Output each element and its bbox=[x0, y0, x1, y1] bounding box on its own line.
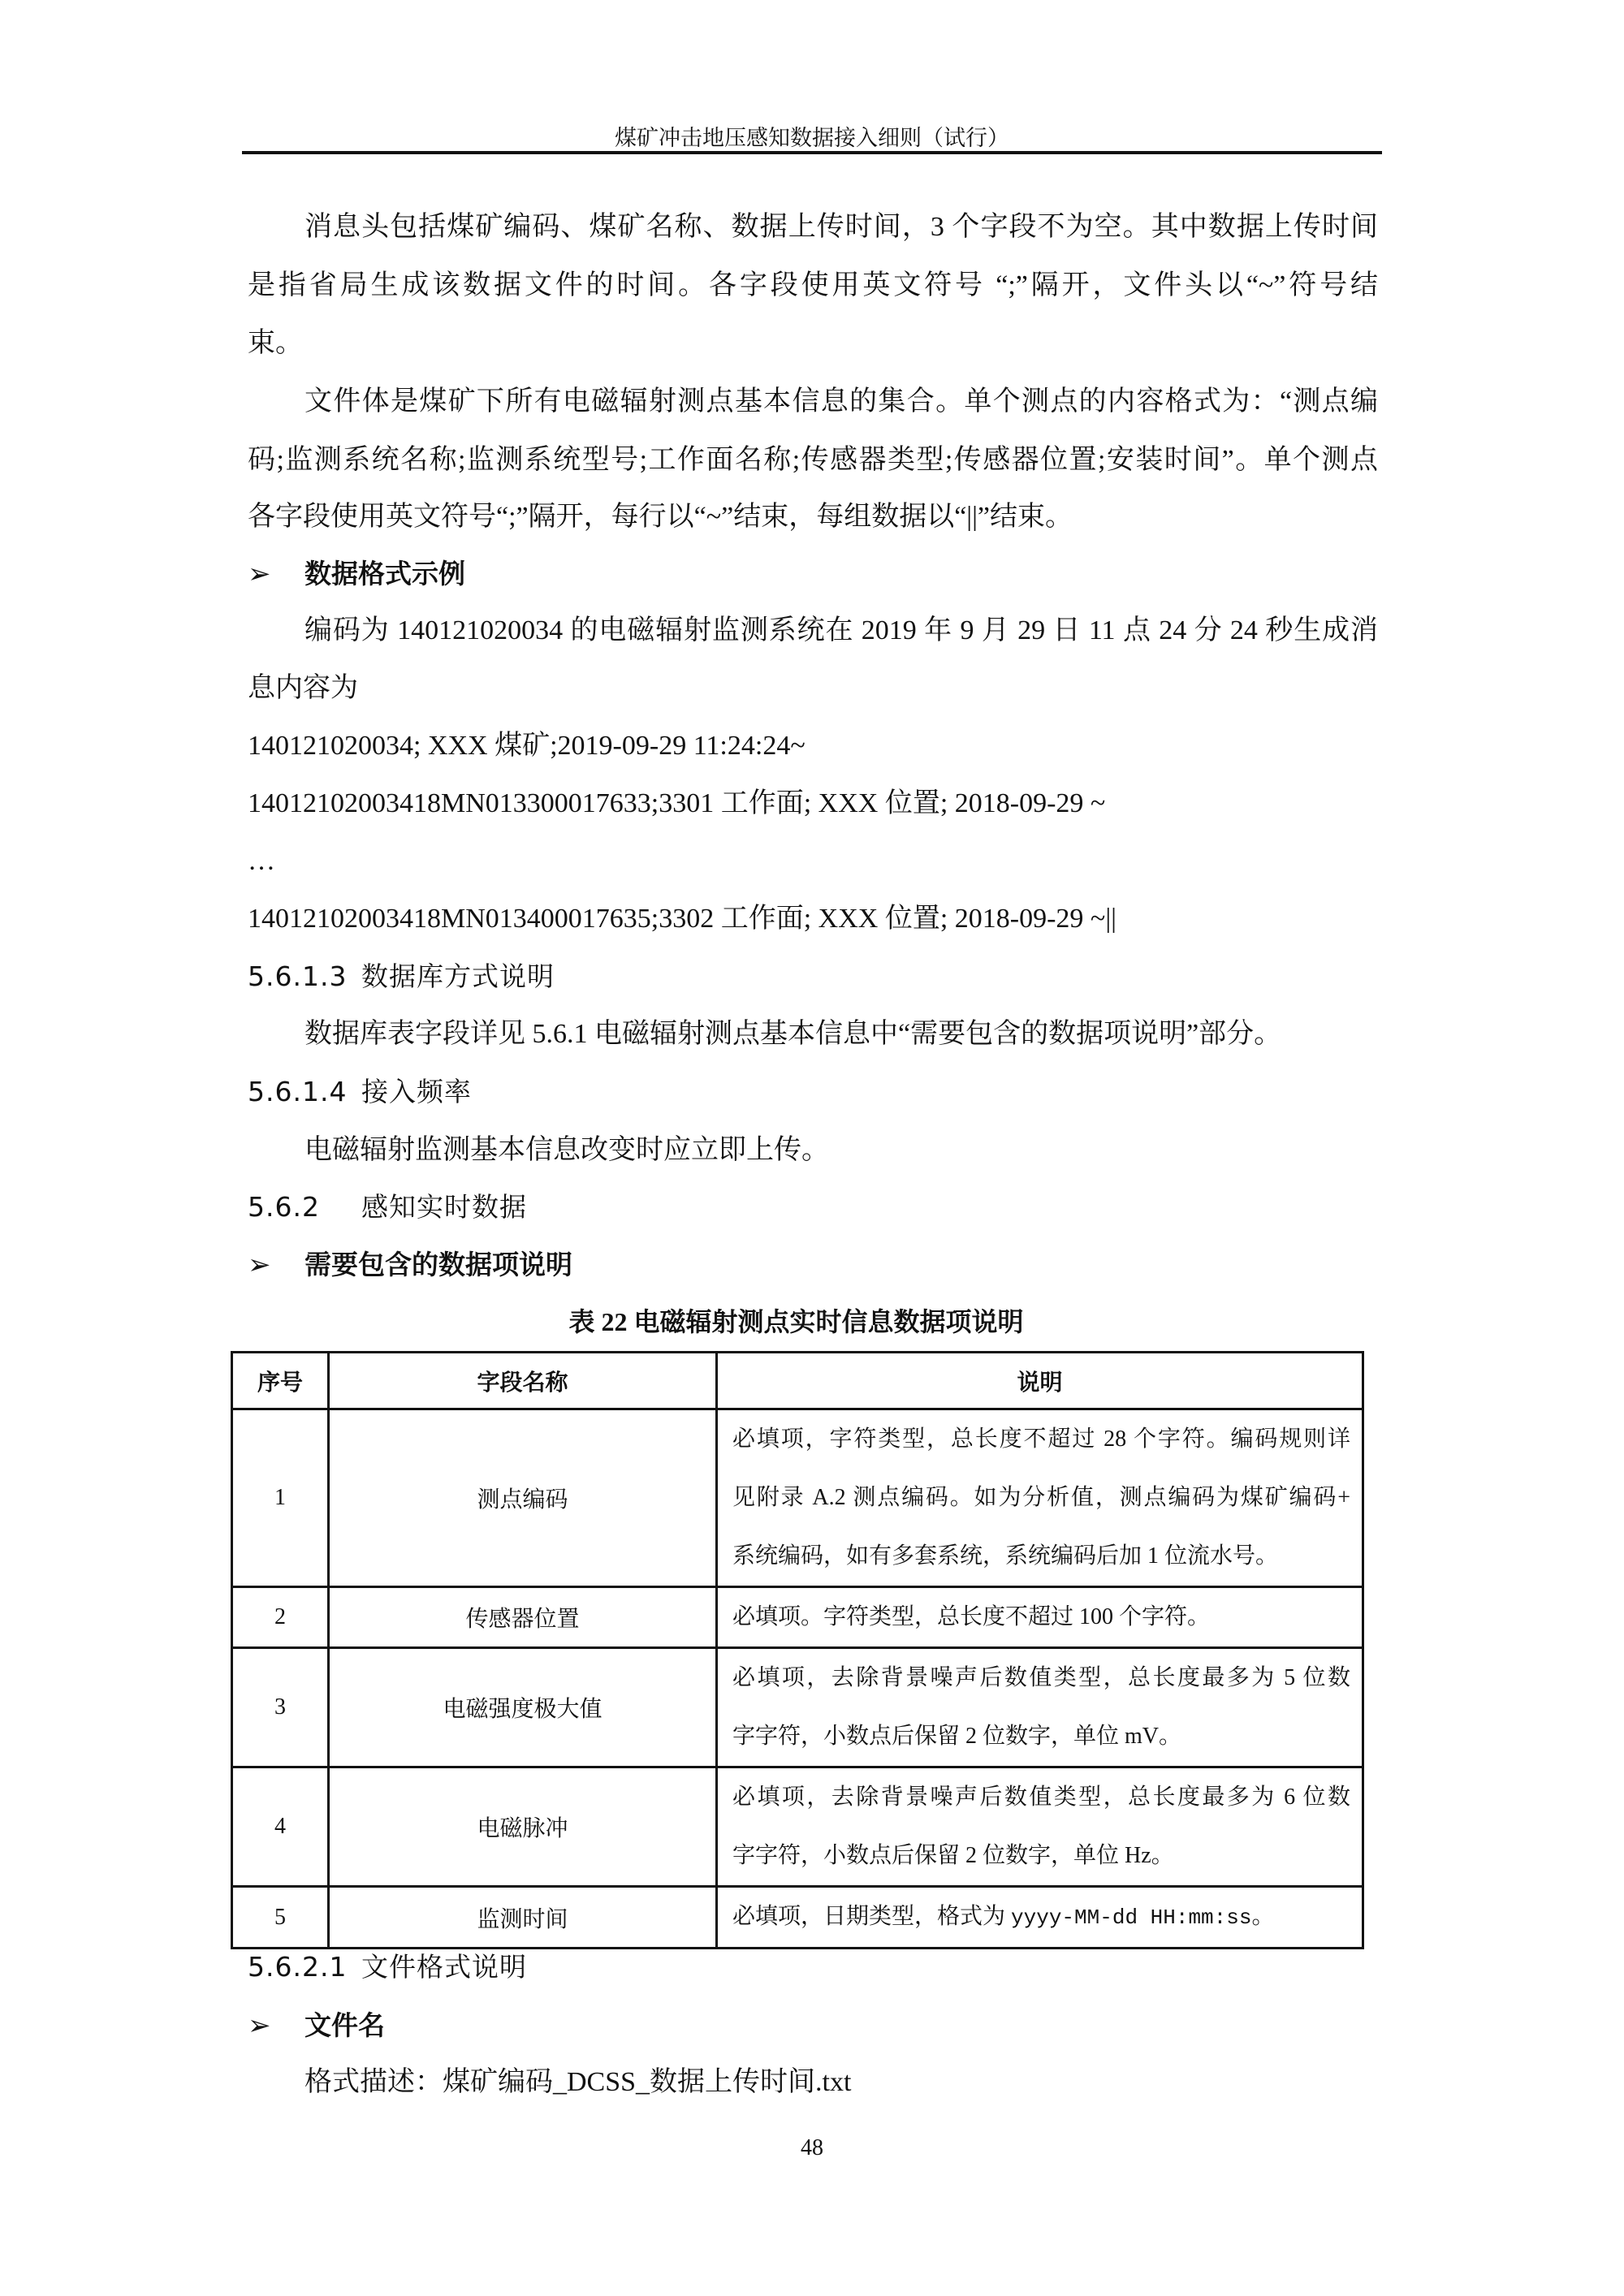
paragraph-line: 文件体是煤矿下所有电磁辐射测点基本信息的集合。单个测点的内容格式为：“测点编 bbox=[304, 373, 1378, 431]
section-number: 5.6.1.4 bbox=[248, 1063, 361, 1121]
column-header-description: 说明 bbox=[717, 1353, 1363, 1409]
example-message-line: 14012102003418MN013400017635;3302 工作面; X… bbox=[248, 890, 1116, 948]
section-title: 接入频率 bbox=[361, 1076, 472, 1107]
page-number: 48 bbox=[0, 2130, 1624, 2166]
description-line: 见附录 A.2 测点编码。如为分析值，测点编码为煤矿编码+ bbox=[732, 1469, 1350, 1527]
field-description: 必填项，日期类型，格式为 yyyy-MM-dd HH:mm:ss。 bbox=[717, 1887, 1363, 1949]
example-message-line: 14012102003418MN013300017633;3301 工作面; X… bbox=[248, 775, 1105, 833]
description-text: 。 bbox=[1251, 1904, 1274, 1929]
description-line: 必填项，字符类型，总长度不超过 28 个字符。编码规则详 bbox=[732, 1410, 1350, 1469]
paragraph-line: 编码为 140121020034 的电磁辐射监测系统在 2019 年 9 月 2… bbox=[304, 602, 1378, 660]
field-description: 必填项。字符类型，总长度不超过 100 个字符。 bbox=[717, 1587, 1363, 1648]
filename-format-description: 格式描述：煤矿编码_DCSS_数据上传时间.txt bbox=[304, 2053, 851, 2112]
section-heading-5613: 5.6.1.3数据库方式说明 bbox=[248, 947, 555, 1006]
table-row: 2 传感器位置 必填项。字符类型，总长度不超过 100 个字符。 bbox=[232, 1587, 1363, 1648]
paragraph-line: 码;监测系统名称;监测系统型号;工作面名称;传感器类型;传感器位置;安装时间”。… bbox=[248, 431, 1378, 490]
bullet-heading: ➢数据格式示例 bbox=[248, 545, 465, 603]
paragraph-line: 各字段使用英文符号“;”隔开，每行以“~”结束，每组数据以“||”结束。 bbox=[248, 488, 1073, 546]
paragraph-line: 电磁辐射监测基本信息改变时应立即上传。 bbox=[304, 1121, 829, 1180]
field-name: 测点编码 bbox=[329, 1409, 717, 1587]
bullet-label: 需要包含的数据项说明 bbox=[304, 1249, 572, 1280]
paragraph-line: 消息头包括煤矿编码、煤矿名称、数据上传时间，3 个字段不为空。其中数据上传时间 bbox=[304, 198, 1378, 257]
field-name: 电磁脉冲 bbox=[329, 1767, 717, 1887]
paragraph-line: 是指省局生成该数据文件的时间。各字段使用英文符号 “;”隔开，文件头以“~”符号… bbox=[248, 257, 1378, 315]
paragraph-line: 束。 bbox=[248, 314, 303, 373]
section-number: 5.6.2.1 bbox=[248, 1938, 361, 1996]
bullet-label: 数据格式示例 bbox=[304, 558, 465, 589]
field-description: 必填项，字符类型，总长度不超过 28 个字符。编码规则详 见附录 A.2 测点编… bbox=[717, 1409, 1363, 1587]
table-row: 3 电磁强度极大值 必填项，去除背景噪声后数值类型，总长度最多为 5 位数 字字… bbox=[232, 1648, 1363, 1767]
table-row: 4 电磁脉冲 必填项，去除背景噪声后数值类型，总长度最多为 6 位数 字字符，小… bbox=[232, 1767, 1363, 1887]
description-line: 字字符，小数点后保留 2 位数字，单位 Hz。 bbox=[732, 1827, 1350, 1885]
column-header-no: 序号 bbox=[232, 1353, 329, 1409]
example-message-line: 140121020034; XXX 煤矿;2019-09-29 11:24:24… bbox=[248, 717, 806, 775]
field-name: 电磁强度极大值 bbox=[329, 1648, 717, 1767]
section-heading-5614: 5.6.1.4接入频率 bbox=[248, 1063, 472, 1121]
arrow-bullet-icon: ➢ bbox=[248, 1236, 304, 1295]
data-items-table: 序号 字段名称 说明 1 测点编码 必填项，字符类型，总长度不超过 28 个字符… bbox=[231, 1351, 1364, 1949]
field-description: 必填项，去除背景噪声后数值类型，总长度最多为 6 位数 字字符，小数点后保留 2… bbox=[717, 1767, 1363, 1887]
row-number: 2 bbox=[232, 1587, 329, 1648]
running-header-title: 煤矿冲击地压感知数据接入细则（试行） bbox=[242, 122, 1382, 154]
header-rule bbox=[242, 151, 1382, 154]
paragraph-line: 数据库表字段详见 5.6.1 电磁辐射测点基本信息中“需要包含的数据项说明”部分… bbox=[304, 1005, 1281, 1064]
section-number: 5.6.1.3 bbox=[248, 947, 361, 1006]
row-number: 1 bbox=[232, 1409, 329, 1587]
column-header-field-name: 字段名称 bbox=[329, 1353, 717, 1409]
description-line: 必填项，去除背景噪声后数值类型，总长度最多为 5 位数 bbox=[732, 1649, 1350, 1707]
section-heading-5621: 5.6.2.1文件格式说明 bbox=[248, 1938, 527, 1996]
description-line: 必填项，去除背景噪声后数值类型，总长度最多为 6 位数 bbox=[732, 1768, 1350, 1827]
description-text: 必填项，日期类型，格式为 bbox=[732, 1904, 1011, 1929]
field-description: 必填项，去除背景噪声后数值类型，总长度最多为 5 位数 字字符，小数点后保留 2… bbox=[717, 1648, 1363, 1767]
description-line: 字字符，小数点后保留 2 位数字，单位 mV。 bbox=[732, 1707, 1350, 1766]
date-format-code: yyyy-MM-dd HH:mm:ss bbox=[1011, 1905, 1251, 1930]
bullet-label: 文件名 bbox=[304, 2009, 385, 2041]
description-line: 系统编码，如有多套系统，系统编码后加 1 位流水号。 bbox=[732, 1527, 1350, 1586]
bullet-heading: ➢需要包含的数据项说明 bbox=[248, 1236, 572, 1294]
section-title: 数据库方式说明 bbox=[361, 960, 555, 992]
row-number: 4 bbox=[232, 1767, 329, 1887]
table-header-row: 序号 字段名称 说明 bbox=[232, 1353, 1363, 1409]
row-number: 3 bbox=[232, 1648, 329, 1767]
paragraph-line: 息内容为 bbox=[248, 659, 358, 718]
section-number: 5.6.2 bbox=[248, 1178, 361, 1236]
description-line: 必填项。字符类型，总长度不超过 100 个字符。 bbox=[732, 1588, 1350, 1646]
field-name: 传感器位置 bbox=[329, 1587, 717, 1648]
section-title: 文件格式说明 bbox=[361, 1951, 527, 1983]
arrow-bullet-icon: ➢ bbox=[248, 546, 304, 604]
example-ellipsis: … bbox=[248, 832, 275, 891]
arrow-bullet-icon: ➢ bbox=[248, 1997, 304, 2056]
section-heading-562: 5.6.2感知实时数据 bbox=[248, 1178, 527, 1236]
table-caption: 表 22 电磁辐射测点实时信息数据项说明 bbox=[231, 1293, 1362, 1351]
table-row: 1 测点编码 必填项，字符类型，总长度不超过 28 个字符。编码规则详 见附录 … bbox=[232, 1409, 1363, 1587]
section-title: 感知实时数据 bbox=[361, 1191, 527, 1223]
bullet-heading: ➢文件名 bbox=[248, 1996, 385, 2055]
